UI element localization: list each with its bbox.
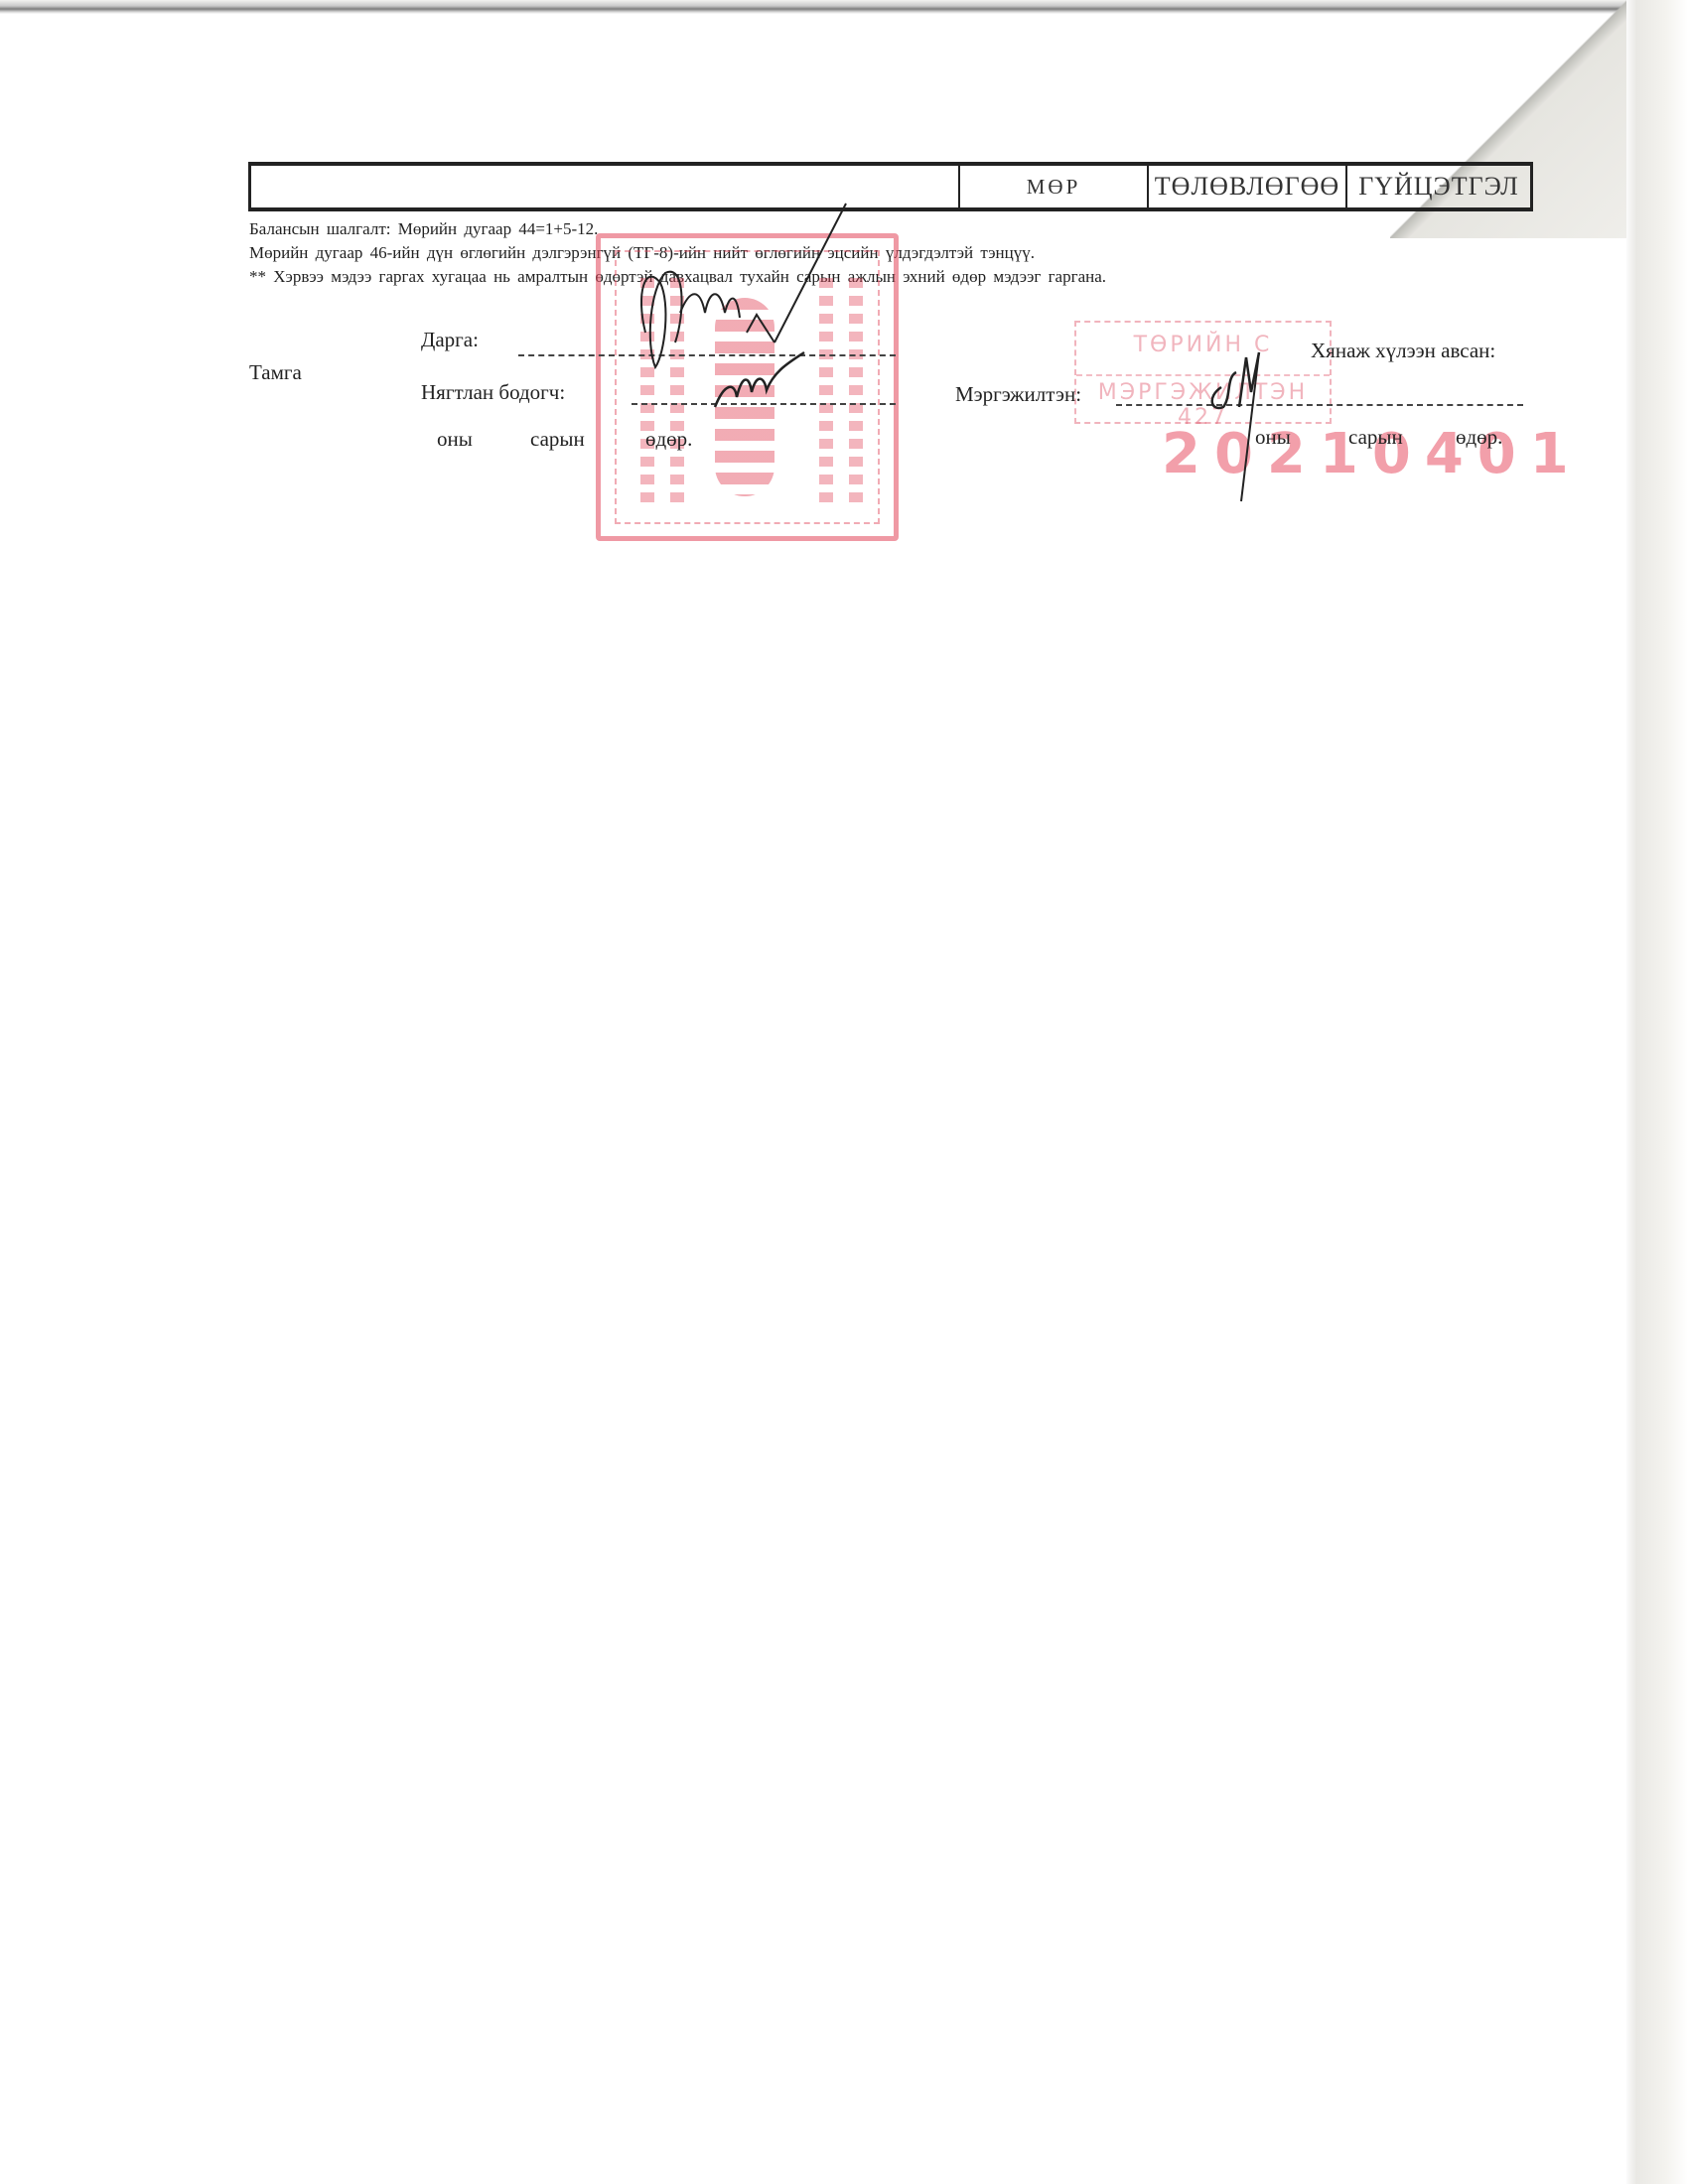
seal-script-column xyxy=(640,278,654,506)
specialist-label: Мэргэжилтэн: xyxy=(955,382,1081,407)
director-signature-line xyxy=(518,354,896,356)
header-plan-column: ТӨЛӨВЛӨГӨӨ xyxy=(1147,166,1345,207)
seal-label: Тамга xyxy=(249,360,302,385)
seal-script-column xyxy=(819,278,833,506)
scan-right-edge xyxy=(1626,0,1688,2184)
director-label: Дарга: xyxy=(421,328,479,352)
balance-check-note: Балансын шалгалт: Мөрийн дугаар 44=1+5-1… xyxy=(249,219,598,239)
right-date-year: оны xyxy=(1255,425,1291,450)
left-date-year: оны xyxy=(437,427,473,452)
soyombo-emblem-icon xyxy=(715,298,774,496)
receipt-stamp-line1: ТӨРИЙН С xyxy=(1076,333,1330,357)
header-row-column: МӨР xyxy=(958,166,1147,207)
specialist-signature-line xyxy=(1116,404,1523,406)
left-date-month: сарын xyxy=(530,427,585,452)
receipt-stamp: ТӨРИЙН С МЭРГЭЖИЛТЭН 427 xyxy=(1074,321,1332,424)
seal-script-column xyxy=(670,278,684,506)
header-actual-column: ГҮЙЦЭТГЭЛ xyxy=(1345,166,1530,207)
right-date-month: сарын xyxy=(1348,425,1403,450)
official-seal-stamp xyxy=(596,233,899,541)
accountant-signature-line xyxy=(632,403,896,405)
right-date-day: өдөр. xyxy=(1456,425,1502,450)
header-table: МӨР ТӨЛӨВЛӨГӨӨ ГҮЙЦЭТГЭЛ xyxy=(248,162,1533,211)
accountant-label: Нягтлан бодогч: xyxy=(421,380,565,405)
received-label: Хянаж хүлээн авсан: xyxy=(1311,339,1495,363)
header-blank-cell xyxy=(251,166,958,207)
left-date-day: өдөр. xyxy=(645,427,692,452)
seal-script-column xyxy=(849,278,863,506)
